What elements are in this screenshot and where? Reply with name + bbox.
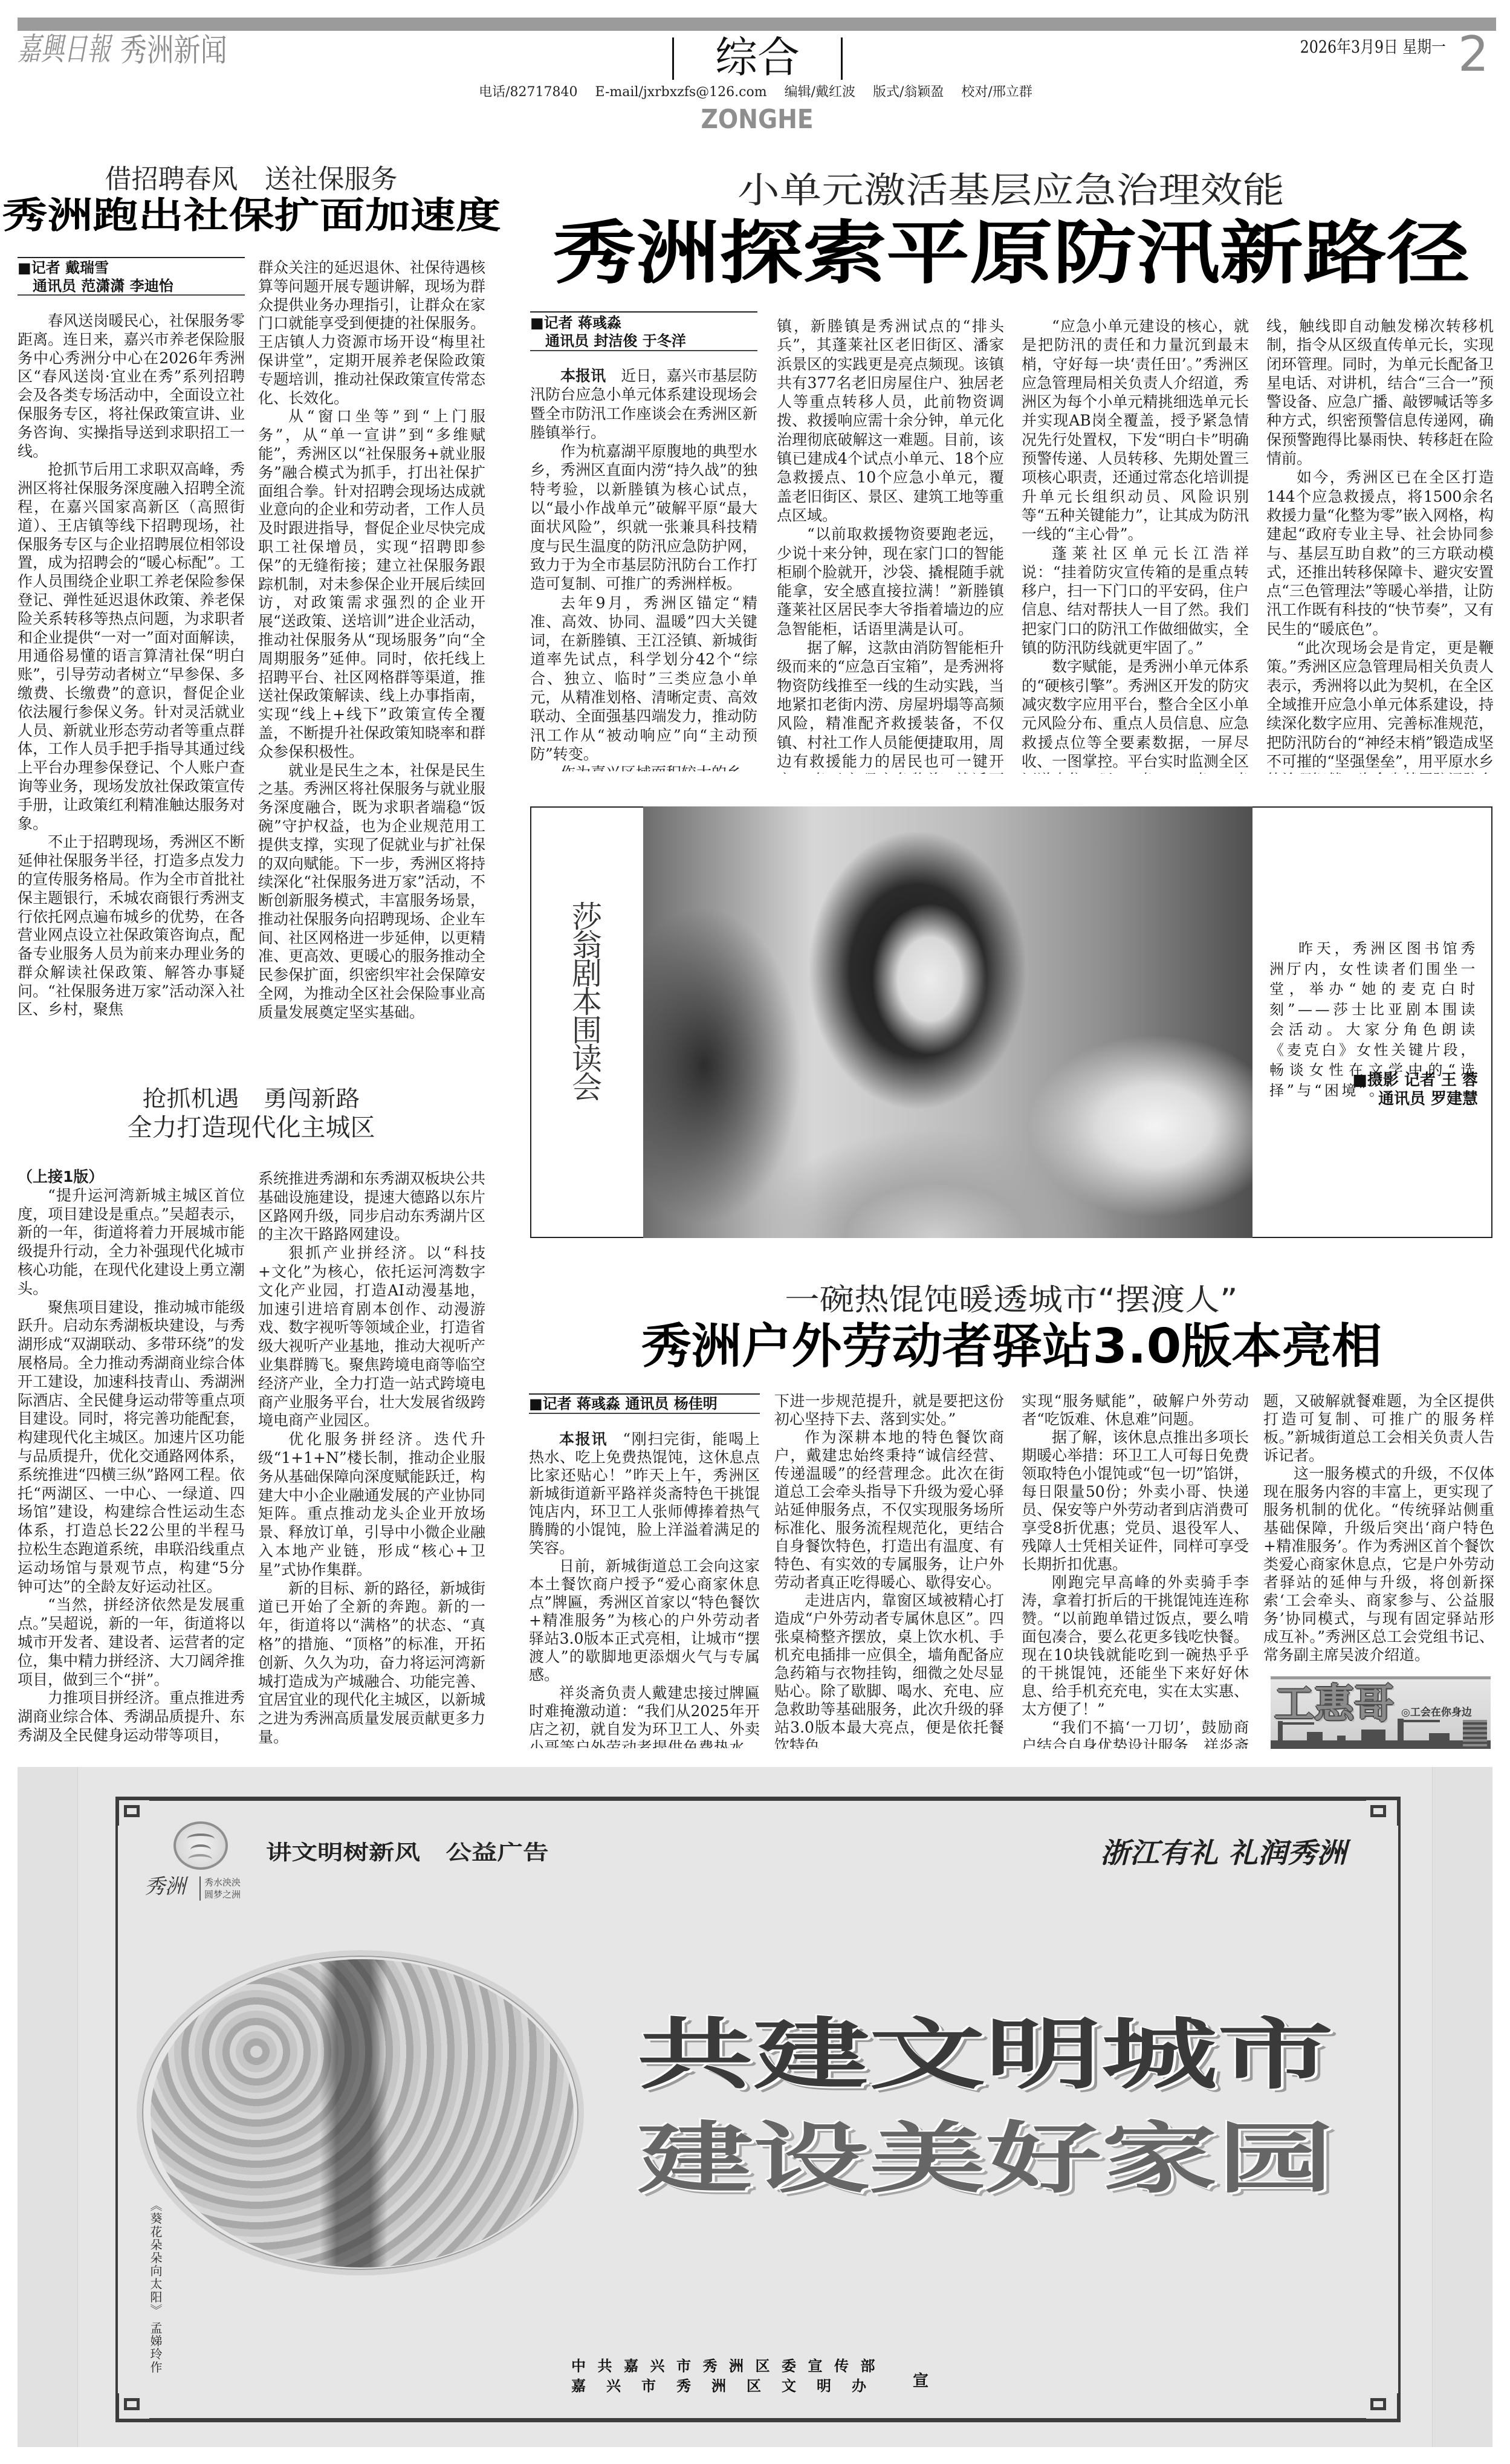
byline-reporter: ■记者 蒋彧淼	[530, 314, 757, 332]
flood-control-byline: ■记者 蒋彧淼 通讯员 封洁俊 于冬洋	[530, 311, 757, 351]
newspaper-page: 嘉興日報 秀洲新闻 综合 电话/82717840 E-mail/jxrbxzfs…	[0, 0, 1510, 2464]
paragraph: 题，又破解就餐难题，为全区提供打造可复制、可推广的服务样板。”新城街道总工会相关…	[1263, 1392, 1494, 1465]
flood-control-kicker-text: 小单元激活基层应急治理效能	[737, 172, 1285, 208]
slogan-text: 建设美好家园	[637, 2121, 1333, 2198]
social-security-kicker-text: 借招聘春风 送社保服务	[105, 166, 398, 193]
new-city-column-1: （上接1版） “提升运河湾新城主城区首位度，项目建设是重点。”吴超表示，新的一年…	[18, 1168, 245, 1753]
new-city-headline-text: 全力打造现代化主城区	[128, 1115, 375, 1140]
frame-left-line	[115, 1824, 118, 2394]
public-ad-label: 讲文明树新风 公益广告	[266, 1843, 549, 1863]
worker-silhouette-icon	[1337, 1736, 1346, 1749]
public-ad-calligraphy: 浙江有礼 礼润秀洲	[1100, 1839, 1346, 1867]
building-icon	[1361, 1730, 1385, 1749]
sponsor-suffix: 宣	[913, 2368, 928, 2391]
brand-divider	[199, 1876, 201, 1901]
new-city-kicker-text: 抢抓机遇 勇闯新路	[143, 1088, 360, 1110]
union-badge-slogan: ◎工会在你身边	[1401, 1704, 1472, 1719]
paragraph: 从“窗口坐等”到“上门服务”，从“单一宣讲”到“多维赋能”，秀洲区以“社保服务+…	[258, 407, 485, 761]
paragraph: “我们不搞‘一刀切’，鼓励商户结合自身优势设计服务，祥炎斋从自发公益到规范升级，…	[1022, 1719, 1249, 1749]
edition-name: 秀洲新闻	[120, 35, 227, 66]
paragraph: “此次现场会是肯定，更是鞭策。”秀洲区应急管理局相关负责人表示，秀洲将以此为契机…	[1266, 638, 1494, 774]
social-security-column-2: 群众关注的延迟退休、社保待遇核算等问题开展专题讲解，现场为群众提供业务办理指引，…	[258, 259, 485, 1040]
section-title: 综合	[673, 36, 842, 79]
section-pinyin: ZONGHE	[673, 106, 842, 133]
issue-date-text: 2026年3月9日 星期一	[1300, 37, 1446, 57]
sponsor-civilization-office: 嘉兴市秀洲区文明办	[571, 2376, 898, 2396]
paragraph: 镇，新塍镇是秀洲试点的“排头兵”，其蓬莱社区老旧街区、潘家浜景区的实践更是亮点频…	[777, 317, 1004, 525]
crane-icon	[1398, 1719, 1404, 1749]
dateline-lead: 本报讯	[559, 1430, 608, 1448]
flood-control-column-3: “应急小单元建设的核心，就是把防汛的责任和力量沉到最末梢，守好每一块‘责任田’。…	[1022, 317, 1249, 774]
worker-station-kicker-text: 一碗热馄饨暖透城市“摆渡人”	[785, 1285, 1238, 1315]
worker-station-column-4: 题，又破解就餐难题，为全区提供打造可复制、可推广的服务样板。”新城街道总工会相关…	[1263, 1392, 1494, 1665]
paragraph: 新的目标、新的路径，新城街道已开始了全新的奔跑。新的一年，街道将以“满格”的状态…	[258, 1580, 485, 1747]
paragraph: 去年9月，秀洲区锚定“精准、高效、协同、温暖”四大关键词，在新塍镇、王江泾镇、新…	[530, 594, 757, 764]
paragraph: 据了解，该休息点推出多项长期暖心举措：环卫工人可每日免费领取特色小馄饨或“包一切…	[1022, 1428, 1249, 1574]
byline-reporter: ■记者 戴瑞雪	[18, 259, 245, 277]
worker-station-byline: ■记者 蒋彧淼 通讯员 杨佳明	[529, 1393, 760, 1414]
public-ad-slogan-line-1: 共建文明城市	[623, 2017, 1348, 2094]
paragraph: 线，触线即自动触发梯次转移机制，指令从区级直传单元长，实现闭环管理。同时，为单元…	[1266, 317, 1494, 468]
byline-reporters: ■记者 蒋彧淼 通讯员 杨佳明	[529, 1395, 760, 1413]
paragraph: 抢抓节后用工求职双高峰，秀洲区将社保服务深度融入招聘全流程，在嘉兴国家高新区（高…	[18, 461, 245, 833]
frame-corner-ornament-icon	[115, 1797, 151, 1826]
new-city-headline: 全力打造现代化主城区	[18, 1115, 485, 1140]
slogan-text: 共建文明城市	[637, 2017, 1333, 2094]
photo-feature-title: 莎翁剧本围读会	[562, 901, 607, 1109]
contact-line: 电话/82717840 E-mail/jxrbxzfs@126.com 编辑/戴…	[423, 85, 1088, 100]
xiuzhou-civilization-emblem-icon	[173, 1821, 228, 1870]
flood-control-headline: 秀洲探索平原防汛新路径	[530, 219, 1492, 288]
paragraph-text: “刚扫完街，能喝上热水、吃上免费热馄饨，这休息点比家还贴心！”昨天上午，秀洲区新…	[529, 1430, 760, 1557]
paragraph: 日前，新城街道总工会向这家本土餐饮商户授予“爱心商家休息点”牌匾，秀洲区首家以“…	[529, 1557, 760, 1684]
paragraph: 力推项目拼经济。重点推进秀湖商业综合体、秀湖品质提升、东秀湖及全民健身运动带等项…	[18, 1689, 245, 1745]
flood-control-column-4: 线，触线即自动触发梯次转移机制，指令从区级直传单元长，实现闭环管理。同时，为单元…	[1266, 317, 1494, 774]
issue-date: 2026年3月9日 星期一	[1239, 37, 1446, 57]
paragraph: “以前取救援物资要跑老远，少说十来分钟，现在家门口的智能柜刷个脸就开，沙袋、撬棍…	[777, 525, 1004, 638]
social-security-headline: 秀洲跑出社保扩面加速度	[18, 198, 485, 234]
social-security-kicker: 借招聘春风 送社保服务	[18, 166, 485, 193]
page-number: 2	[1458, 30, 1489, 79]
paper-logo: 嘉興日報	[18, 34, 111, 65]
union-badge: 工惠哥 ◎工会在你身边	[1271, 1676, 1491, 1749]
paragraph: 据了解，这款由消防智能柜升级而来的“应急百宝箱”，是秀洲将物资防线推至一线的生动…	[777, 638, 1004, 774]
brand-tagline-line-1: 秀水泱泱	[204, 1876, 241, 1889]
contact-phone: 电话/82717840	[479, 85, 577, 100]
public-ad-slogan-line-2: 建设美好家园	[623, 2121, 1348, 2198]
worker-station-headline-text: 秀洲户外劳动者驿站3.0版本亮相	[641, 1323, 1381, 1370]
flood-control-column-1: 本报讯近日，嘉兴市基层防汛防台应急小单元体系建设现场会暨全市防汛工作座谈会在秀洲…	[530, 366, 757, 771]
paragraph: 祥炎斋负责人戴建忠接过牌匾时难掩激动道：“我们从2025年开店之初，就自发为环卫…	[529, 1684, 760, 1748]
frame-right-line	[1398, 1824, 1401, 2394]
frame-top-line	[149, 1797, 1366, 1801]
dateline-lead: 本报讯	[560, 367, 606, 384]
paragraph: 走进店内，靠窗区域被精心打造成“户外劳动者专属休息区”。四张桌椅整齐摆放，桌上饮…	[774, 1592, 1004, 1749]
contact-layout: 版式/翁颖盈	[873, 85, 944, 100]
artwork-credit: 《葵花朵朵向太阳》 孟娣玲作	[146, 2199, 164, 2375]
byline-correspondents: 通讯员 封洁俊 于冬洋	[530, 332, 757, 350]
contact-proofreader: 校对/邢立群	[961, 85, 1032, 100]
section-pinyin-text: ZONGHE	[701, 106, 814, 133]
social-security-byline: ■记者 戴瑞雪 通讯员 范潇潇 李迪怡	[18, 257, 245, 296]
new-city-column-2: 系统推进秀湖和东秀湖双板块公共基础设施建设，提速大德路以东片区路网升级，同步启动…	[258, 1170, 485, 1753]
paragraph: 系统推进秀湖和东秀湖双板块公共基础设施建设，提速大德路以东片区路网升级，同步启动…	[258, 1170, 485, 1244]
contact-email: E-mail/jxrbxzfs@126.com	[595, 85, 767, 100]
paragraph: “应急小单元建设的核心，就是把防汛的责任和力量沉到最末梢，守好每一块‘责任田’。…	[1022, 317, 1249, 544]
worker-station-column-3: 实现“服务赋能”，破解户外劳动者“吃饭难、休息难”问题。 据了解，该休息点推出多…	[1022, 1392, 1249, 1749]
masthead-top-bar	[18, 18, 1496, 31]
paragraph: 优化服务拼经济。迭代升级“1+1+N”楼长制，推动企业服务从基础保障向深度赋能跃…	[258, 1430, 485, 1579]
social-security-headline-text: 秀洲跑出社保扩面加速度	[2, 198, 501, 234]
paragraph: 作为杭嘉湖平原腹地的典型水乡，秀洲区直面内涝“持久战”的独特考验，以新塍镇为核心…	[530, 442, 757, 593]
paragraph: 作为深耕本地的特色餐饮商户，戴建忠始终秉持“诚信经营、传递温暖”的经营理念。此次…	[774, 1428, 1004, 1592]
contact-editor: 编辑/戴红波	[785, 85, 855, 100]
flood-control-column-2: 镇，新塍镇是秀洲试点的“排头兵”，其蓬莱社区老旧街区、潘家浜景区的实践更是亮点频…	[777, 317, 1004, 774]
continued-from-note: （上接1版）	[18, 1168, 245, 1187]
photo-credit-correspondent: 通讯员 罗建慧	[1269, 1090, 1478, 1109]
social-security-column-1: 春风送岗暖民心，社保服务零距离。连日来，嘉兴市养老保险服务中心秀洲分中心在202…	[18, 312, 245, 1037]
worker-station-headline: 秀洲户外劳动者驿站3.0版本亮相	[530, 1323, 1492, 1370]
brand-tagline-line-2: 圆梦之洲	[204, 1889, 241, 1901]
paragraph: “提升运河湾新城主城区首位度，项目建设是重点。”吴超表示，新的一年，街道将着力开…	[18, 1187, 245, 1298]
frame-bottom-line	[149, 2418, 1366, 2422]
worker-station-kicker: 一碗热馄饨暖透城市“摆渡人”	[530, 1285, 1492, 1315]
worker-station-column-1: 本报讯“刚扫完街，能喝上热水、吃上免费热馄饨，这休息点比家还贴心！”昨天上午，秀…	[529, 1430, 760, 1748]
paragraph: 作为嘉兴区域面积较大的乡	[530, 764, 757, 771]
frame-corner-ornament-icon	[1366, 1797, 1401, 1826]
frame-corner-ornament-icon	[1366, 2393, 1401, 2422]
flood-control-kicker: 小单元激活基层应急治理效能	[530, 172, 1492, 208]
scaffold-building-icon	[1463, 1720, 1487, 1749]
paragraph: 群众关注的延迟退休、社保待遇核算等问题开展专题讲解，现场为群众提供业务办理指引，…	[258, 259, 485, 407]
paragraph: 如今，秀洲区已在全区打造144个应急救援点，将1500余名救援力量“化整为零”嵌…	[1266, 468, 1494, 638]
brand-tagline: 秀水泱泱 圆梦之洲	[204, 1876, 241, 1901]
paragraph: 春风送岗暖民心，社保服务零距离。连日来，嘉兴市养老保险服务中心秀洲分中心在202…	[18, 312, 245, 461]
crane-icon	[1278, 1721, 1283, 1749]
photo-credit-photographer: ■摄影 记者 王 蓉	[1269, 1071, 1478, 1090]
crane-arm-icon	[1398, 1720, 1440, 1722]
paragraph: 实现“服务赋能”，破解户外劳动者“吃饭难、休息难”问题。	[1022, 1392, 1249, 1428]
flood-control-headline-text: 秀洲探索平原防汛新路径	[552, 219, 1469, 288]
building-icon	[1307, 1732, 1323, 1749]
paragraph: 数字赋能，是秀洲小单元体系的“硬核引擎”。秀洲区开发的防灾减灾数字应用平台，整合…	[1022, 657, 1249, 774]
crane-arm-icon	[1278, 1722, 1314, 1725]
photo-credit: ■摄影 记者 王 蓉 通讯员 罗建慧	[1269, 1071, 1478, 1109]
paragraph: 刚跑完早高峰的外卖骑手李涛，拿着打折后的干挑馄饨连连称赞。“以前跑单错过饭点，要…	[1022, 1574, 1249, 1719]
paragraph: 聚焦项目建设，推动城市能级跃升。启动东秀湖板块建设，与秀湖形成“双湖联动、多带环…	[18, 1298, 245, 1597]
paragraph: 狠抓产业拼经济。以“科技+文化”为核心，依托运河湾数字文化产业园，打造AI动漫基…	[258, 1244, 485, 1430]
brand-name: 秀洲	[144, 1876, 186, 1897]
paragraph: 不止于招聘现场，秀洲区不断延伸社保服务半径，打造多点发力的宣传服务格局。作为全市…	[18, 833, 245, 1019]
sunflower-artwork-illustration	[151, 1959, 574, 2268]
worker-station-column-2: 下进一步规范提升，就是要把这份初心坚持下去、落到实处。” 作为深耕本地的特色餐饮…	[774, 1392, 1004, 1749]
sponsor-propaganda-dept: 中共嘉兴市秀洲区委宣传部	[571, 2356, 898, 2376]
building-icon	[1429, 1733, 1450, 1749]
paragraph: 这一服务模式的升级，不仅体现在服务内容的丰富上，更实现了服务机制的优化。“传统驿…	[1263, 1465, 1494, 1664]
paragraph: 就业是民生之本，社保是民生之基。秀洲区将社保服务与就业服务深度融合，既为求职者端…	[258, 762, 485, 1022]
paragraph: 本报讯“刚扫完街，能喝上热水、吃上免费热馄饨，这休息点比家还贴心！”昨天上午，秀…	[529, 1430, 760, 1557]
frame-corner-ornament-icon	[115, 2393, 151, 2422]
union-badge-name: 工惠哥	[1274, 1684, 1394, 1724]
paragraph: “当然，拼经济依然是发展重点。”吴超说，新的一年，街道将以城市开发者、建设者、运…	[18, 1596, 245, 1689]
photo-reading-session	[643, 806, 1252, 1238]
paragraph: 蓬莱社区单元长江浩祥说：“挂着防灾宣传箱的是重点转移户，扫一下门口的平安码，住户…	[1022, 544, 1249, 658]
byline-correspondents: 通讯员 范潇潇 李迪怡	[18, 277, 245, 295]
new-city-kicker: 抢抓机遇 勇闯新路	[18, 1088, 485, 1110]
paragraph: 本报讯近日，嘉兴市基层防汛防台应急小单元体系建设现场会暨全市防汛工作座谈会在秀洲…	[530, 366, 757, 442]
paragraph: 下进一步规范提升，就是要把这份初心坚持下去、落到实处。”	[774, 1392, 1004, 1428]
